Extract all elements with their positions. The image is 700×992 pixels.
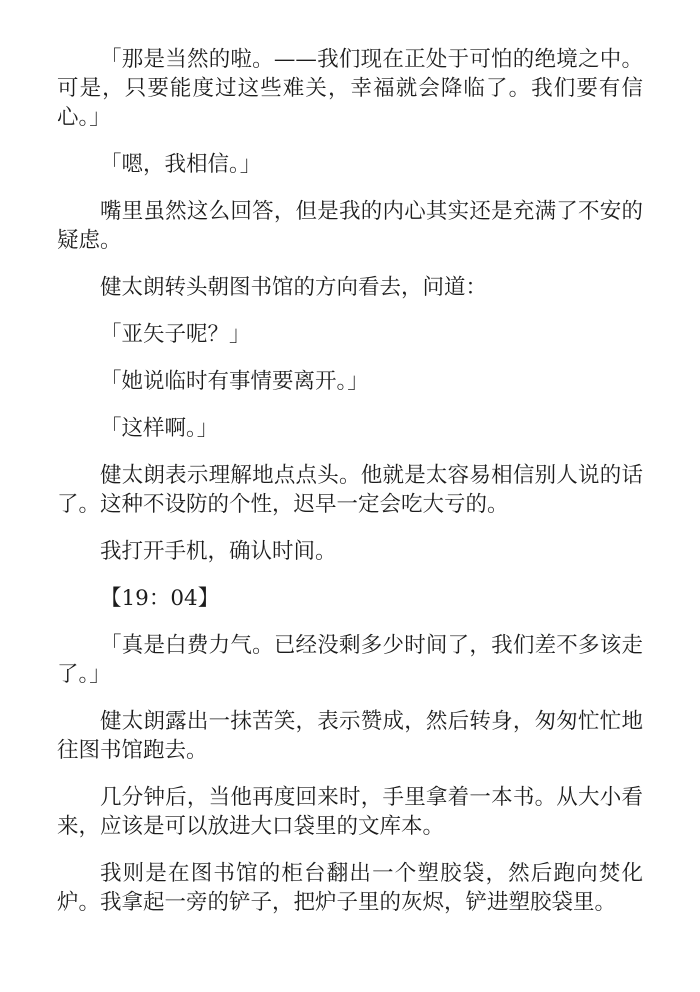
paragraph-narration: 我则是在图书馆的柜台翻出一个塑胶袋，然后跑向焚化炉。我拿起一旁的铲子，把炉子里的…: [57, 859, 643, 917]
paragraph-dialogue: 「这样啊。」: [57, 414, 643, 443]
novel-page: 「那是当然的啦。——我们现在正处于可怕的绝境之中。可是，只要能度过这些难关，幸福…: [0, 0, 700, 992]
paragraph-narration: 我打开手机，确认时间。: [57, 537, 643, 566]
paragraph-dialogue: 「真是白费力气。已经没剩多少时间了，我们差不多该走了。」: [57, 631, 643, 689]
paragraph-dialogue: 「亚矢子呢？」: [57, 320, 643, 349]
paragraph-narration: 健太朗转头朝图书馆的方向看去，问道：: [57, 273, 643, 302]
timestamp-line: 【19：04】: [57, 584, 643, 613]
paragraph-dialogue: 「她说临时有事情要离开。」: [57, 367, 643, 396]
paragraph-narration: 健太朗露出一抹苦笑，表示赞成，然后转身，匆匆忙忙地往图书馆跑去。: [57, 707, 643, 765]
paragraph-narration: 健太朗表示理解地点点头。他就是太容易相信别人说的话了。这种不设防的个性，迟早一定…: [57, 461, 643, 519]
paragraph-dialogue: 「那是当然的啦。——我们现在正处于可怕的绝境之中。可是，只要能度过这些难关，幸福…: [57, 45, 643, 132]
paragraph-narration: 几分钟后，当他再度回来时，手里拿着一本书。从大小看来，应该是可以放进大口袋里的文…: [57, 783, 643, 841]
paragraph-narration: 嘴里虽然这么回答，但是我的内心其实还是充满了不安的疑虑。: [57, 197, 643, 255]
paragraph-dialogue: 「嗯，我相信。」: [57, 150, 643, 179]
novel-text-block: 「那是当然的啦。——我们现在正处于可怕的绝境之中。可是，只要能度过这些难关，幸福…: [57, 45, 643, 917]
